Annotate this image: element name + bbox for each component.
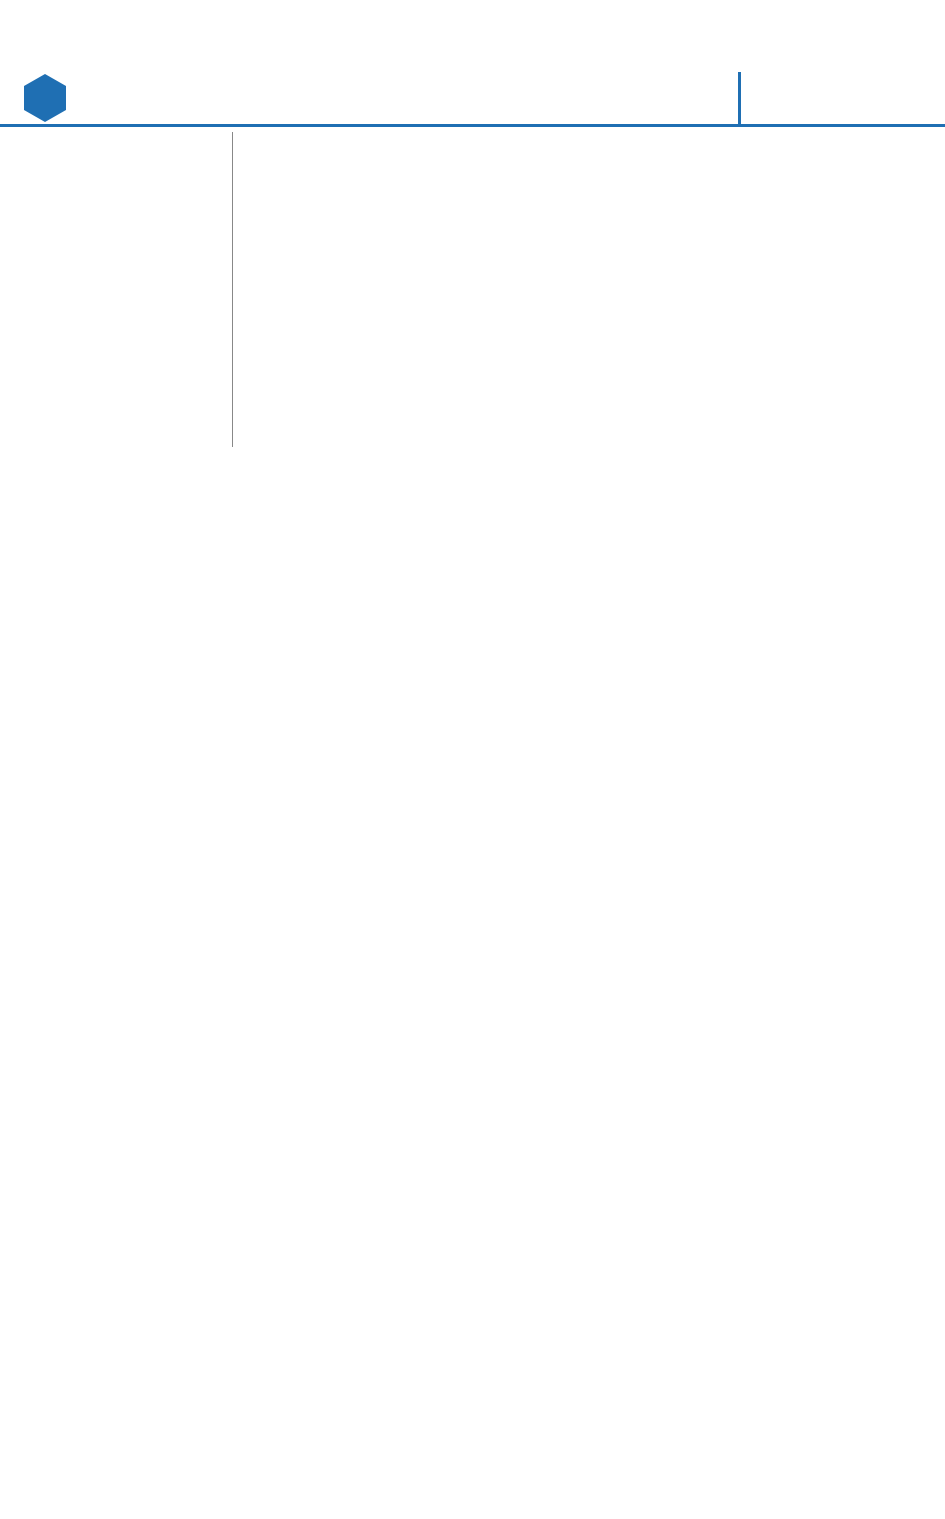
- column-divider: [232, 132, 233, 447]
- hexagon-badge-icon: [22, 72, 68, 124]
- article-essential-drugs-july: [10, 452, 310, 737]
- header-rule: [0, 124, 945, 127]
- masthead-divider: [738, 72, 741, 124]
- page-number-badge: [22, 72, 68, 124]
- masthead: [0, 0, 945, 112]
